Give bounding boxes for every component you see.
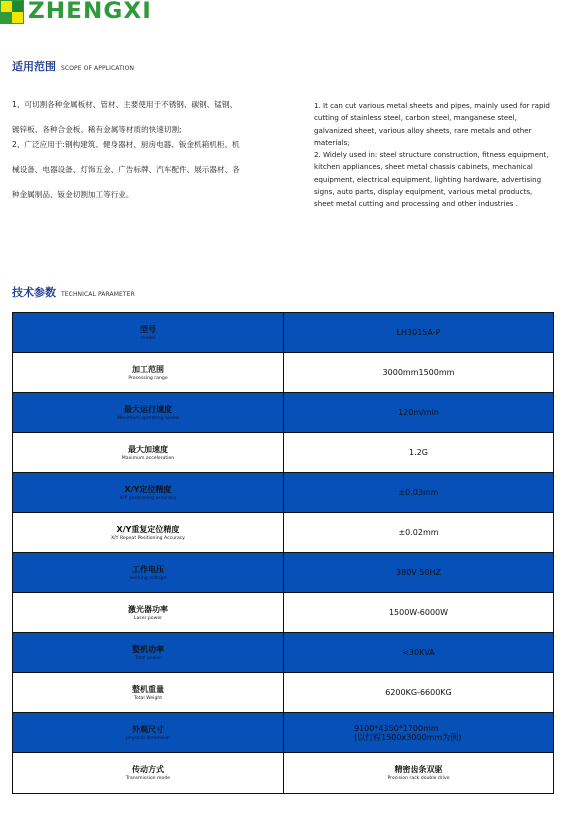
spec-value: 6200KG-6600KG [284, 673, 553, 712]
spec-value-text: <30KVA [402, 648, 435, 658]
logo-mark-icon [0, 0, 24, 24]
spec-label-en: Laser power [134, 615, 162, 622]
spec-label: 型号 model [13, 313, 284, 352]
spec-row-max-acceleration: 最大加速度 Maximum acceleration 1.2G [13, 433, 553, 473]
spec-label: 传动方式 Transmission mode [13, 753, 284, 793]
spec-label-en: Maximum operating speed [117, 415, 179, 422]
spec-label: X/Y重复定位精度 X/Y Repeat Positioning Accurac… [13, 513, 284, 552]
spec-row-model: 型号 model LH3015A-P [13, 313, 553, 353]
spec-value: <30KVA [284, 633, 553, 672]
spec-label: 工作电压 working voltage [13, 553, 284, 592]
spec-value-text: LH3015A-P [397, 328, 441, 338]
spec-value: 1500W-6000W [284, 593, 553, 632]
spec-row-repeat-accuracy: X/Y重复定位精度 X/Y Repeat Positioning Accurac… [13, 513, 553, 553]
spec-label-cn: 最大加速度 [128, 444, 168, 455]
scope-title-en: SCOPE OF APPLICATION [61, 65, 134, 72]
spec-label: 最大加速度 Maximum acceleration [13, 433, 284, 472]
spec-value-note: (以行程1500x3000mm为例) [354, 733, 461, 742]
spec-row-laser-power: 激光器功率 Laser power 1500W-6000W [13, 593, 553, 633]
spec-label-cn: 整机重量 [132, 684, 164, 695]
spec-label-cn: 传动方式 [132, 764, 164, 775]
spec-label-en: Total Weight [134, 695, 162, 702]
spec-value: 1.2G [284, 433, 553, 472]
scope-cn-line: 种金属制品、钣金切割加工等行业。 [12, 189, 282, 201]
spec-value-text: 精密齿条双驱 [395, 765, 443, 775]
spec-label-cn: 最大运行速度 [124, 404, 172, 415]
scope-section-title: 适用范围 SCOPE OF APPLICATION [12, 58, 134, 74]
spec-label-cn: 激光器功率 [128, 604, 168, 615]
spec-label: 最大运行速度 Maximum operating speed [13, 393, 284, 432]
spec-value-text: 9100*4350*1700mm [354, 724, 439, 733]
technical-title-en: TECHNICAL PARAMETER [61, 291, 135, 298]
spec-row-total-power: 整机功率 Total power <30KVA [13, 633, 553, 673]
spec-row-working-voltage: 工作电压 working voltage 380V 50HZ [13, 553, 553, 593]
spec-label-cn: X/Y重复定位精度 [117, 524, 180, 535]
spec-value: 120m/min [284, 393, 553, 432]
spec-row-physical-dimension: 外观尺寸 physical dimension 9100*4350*1700mm… [13, 713, 553, 753]
scope-cn-line: 镀锌板、各种合金板、稀有金属等材质的快速切割; [12, 124, 282, 136]
spec-value: 3000mm1500mm [284, 353, 553, 392]
spec-label-en: X/Y positioning accuracy [120, 495, 176, 502]
spec-value: LH3015A-P [284, 313, 553, 352]
spec-value: 精密齿条双驱 Precision rack double drive [284, 753, 553, 793]
spec-row-total-weight: 整机重量 Total Weight 6200KG-6600KG [13, 673, 553, 713]
spec-value: 380V 50HZ [284, 553, 553, 592]
spec-table: 型号 model LH3015A-P 加工范围 Processing range… [12, 312, 554, 794]
spec-label-en: Transmission mode [126, 775, 170, 782]
scope-cn-line: 2、广泛应用于:钢构建筑、健身器材、厨房电器、钣金机箱机柜、机 [12, 139, 282, 151]
technical-section-title: 技术参数 TECHNICAL PARAMETER [12, 284, 135, 300]
spec-value-text: 1500W-6000W [389, 608, 448, 618]
spec-row-transmission-mode: 传动方式 Transmission mode 精密齿条双驱 Precision … [13, 753, 553, 793]
spec-label-en: Processing range [128, 375, 167, 382]
spec-label-en: Total power [135, 655, 161, 662]
scope-cn-line: 械设备、电器设备、灯饰五金、广告标牌、汽车配件、展示器材、各 [12, 164, 282, 176]
spec-value: ±0.03mm [284, 473, 553, 512]
spec-label: 加工范围 Processing range [13, 353, 284, 392]
spec-label-en: model [141, 335, 155, 342]
scope-title-cn: 适用范围 [12, 58, 56, 74]
brand-name: ZHENGXI [28, 0, 152, 24]
spec-value: 9100*4350*1700mm (以行程1500x3000mm为例) [284, 713, 553, 752]
spec-value-text: 380V 50HZ [396, 568, 441, 578]
spec-value-text: 1.2G [409, 448, 428, 458]
spec-label-cn: 加工范围 [132, 364, 164, 375]
brand-logo: ZHENGXI [0, 0, 146, 24]
scope-cn-line: 1、可切割各种金属板材、管材、主要使用于不锈钢、碳钢、锰钢、 [12, 99, 282, 111]
spec-label-en: physical dimension [126, 735, 170, 742]
spec-value: ±0.02mm [284, 513, 553, 552]
spec-label: 整机功率 Total power [13, 633, 284, 672]
spec-label-cn: 整机功率 [132, 644, 164, 655]
spec-row-max-speed: 最大运行速度 Maximum operating speed 120m/min [13, 393, 553, 433]
spec-label-cn: 工作电压 [132, 564, 164, 575]
spec-row-processing-range: 加工范围 Processing range 3000mm1500mm [13, 353, 553, 393]
spec-label: 激光器功率 Laser power [13, 593, 284, 632]
spec-label-cn: 外观尺寸 [132, 724, 164, 735]
spec-value-text: 120m/min [398, 408, 439, 418]
spec-label: X/Y定位精度 X/Y positioning accuracy [13, 473, 284, 512]
spec-value-text: ±0.02mm [398, 528, 438, 538]
spec-label-cn: 型号 [140, 324, 156, 335]
spec-label-cn: X/Y定位精度 [125, 484, 172, 495]
spec-label-en: X/Y Repeat Positioning Accuracy [111, 535, 185, 542]
spec-label-en: working voltage [130, 575, 167, 582]
spec-value-sub: Precision rack double drive [387, 775, 449, 782]
spec-value-text: ±0.03mm [398, 488, 438, 498]
spec-row-positioning-accuracy: X/Y定位精度 X/Y positioning accuracy ±0.03mm [13, 473, 553, 513]
spec-value-text: 6200KG-6600KG [385, 688, 452, 698]
spec-value-text: 3000mm1500mm [383, 368, 455, 378]
scope-text-en: 1. It can cut various metal sheets and p… [314, 100, 554, 211]
spec-label: 整机重量 Total Weight [13, 673, 284, 712]
spec-label-en: Maximum acceleration [122, 455, 174, 462]
spec-label: 外观尺寸 physical dimension [13, 713, 284, 752]
scope-text-cn: 1、可切割各种金属板材、管材、主要使用于不锈钢、碳钢、锰钢、 镀锌板、各种合金板… [12, 99, 282, 201]
technical-title-cn: 技术参数 [12, 284, 56, 300]
